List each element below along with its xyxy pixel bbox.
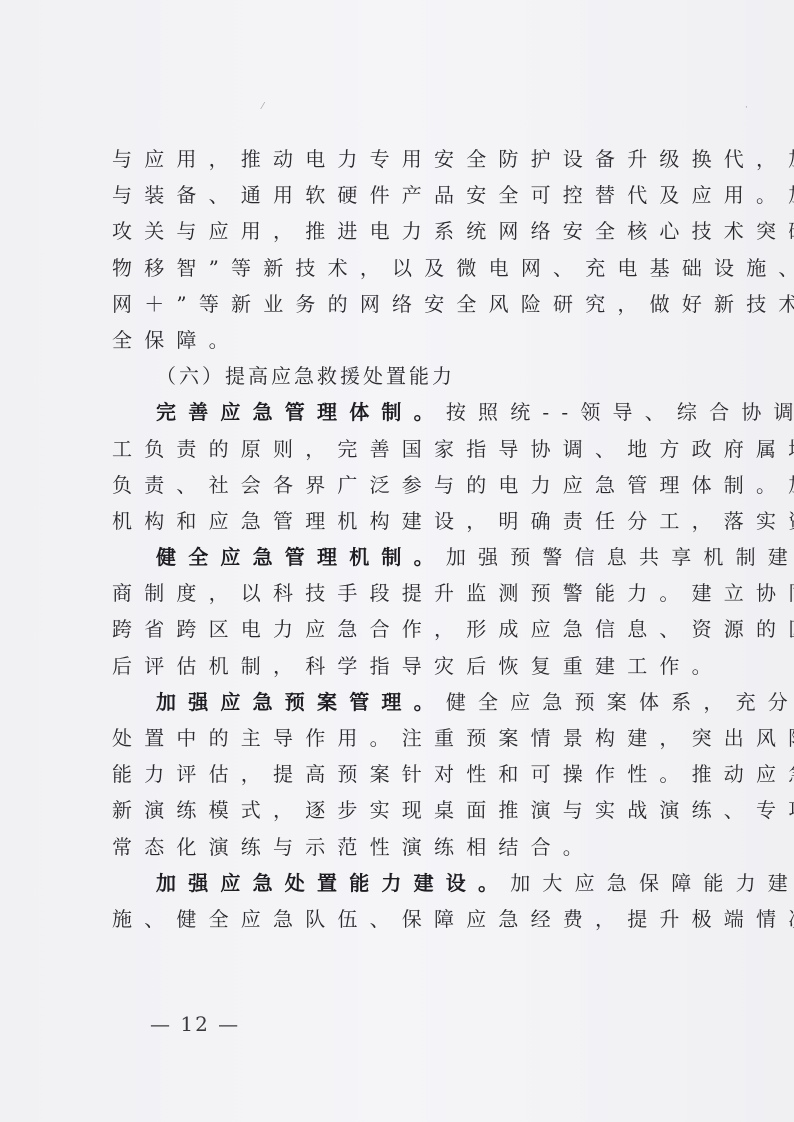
text-line: 施、健全应急队伍、保障应急经费，提升极端情况下应急处置能力。 bbox=[112, 901, 712, 937]
text-line: 按照统--领导、综合协调、属地为主、分 bbox=[446, 400, 794, 424]
paragraph-emergency-mechanism: 健全应急管理机制。加强预警信息共享机制建设，建立应急会 商制度，以科技手段提升监… bbox=[112, 539, 712, 684]
paragraph-contingency-plans: 加强应急预案管理。健全应急预案体系，充分发挥预案在应急 处置中的主导作用。注重预… bbox=[112, 684, 712, 865]
paragraph-emergency-system: 完善应急管理体制。按照统--领导、综合协调、属地为主、分 工负责的原则，完善国家… bbox=[112, 394, 712, 539]
document-body: 与应用，推动电力专用安全防护设备升级换代，加快推进专用系统 与装备、通用软硬件产… bbox=[112, 141, 712, 937]
paragraph-title: 健全应急管理机制。 bbox=[156, 545, 446, 569]
paragraph-title: 加强应急预案管理。 bbox=[156, 690, 446, 714]
scan-speck-mark: · bbox=[745, 105, 751, 111]
text-line: 负责、社会各界广泛参与的电力应急管理体制。加强各级应急指挥 bbox=[112, 467, 712, 503]
text-line: 新演练模式，逐步实现桌面推演与实战演练、专项演练与综合演练、 bbox=[112, 792, 712, 828]
text-line: 健全应急预案体系，充分发挥预案在应急 bbox=[446, 690, 794, 714]
document-page: ⁄ · 与应用，推动电力专用安全防护设备升级换代，加快推进专用系统 与装备、通用… bbox=[0, 0, 794, 1122]
text-line: 商制度，以科技手段提升监测预警能力。建立协同联动机制，开展 bbox=[112, 575, 712, 611]
text-line: 工负责的原则，完善国家指导协调、地方政府属地指挥、企业具体 bbox=[112, 431, 712, 467]
text-line: 攻关与应用，推进电力系统网络安全核心技术突破。加强对“大云 bbox=[112, 213, 712, 249]
text-line: 常态化演练与示范性演练相结合。 bbox=[112, 829, 712, 865]
scan-speck-mark: ⁄ bbox=[262, 104, 268, 110]
text-line: 跨省跨区电力应急合作，形成应急信息、资源的区域共享。完善灾 bbox=[112, 611, 712, 647]
text-line: 加强预警信息共享机制建设，建立应急会 bbox=[446, 545, 794, 569]
text-line: 加大应急保障能力建设，完善应急设 bbox=[510, 871, 794, 895]
text-line: 网＋”等新业务的网络安全风险研究，做好新技术、新业务网络安 bbox=[112, 286, 712, 322]
text-line: 与应用，推动电力专用安全防护设备升级换代，加快推进专用系统 bbox=[112, 141, 712, 177]
page-number: — 12 — bbox=[150, 1012, 240, 1036]
section-heading: （六）提高应急救援处置能力 bbox=[112, 358, 712, 394]
text-line: 后评估机制，科学指导灾后恢复重建工作。 bbox=[112, 648, 712, 684]
text-line: 全保障。 bbox=[112, 322, 712, 358]
text-line: 能力评估，提高预案针对性和可操作性。推动应急演练常态化，创 bbox=[112, 756, 712, 792]
paragraph-title: 加强应急处置能力建设。 bbox=[156, 871, 510, 895]
text-line: 机构和应急管理机构建设，明确责任分工，落实资金与装备保障。 bbox=[112, 503, 712, 539]
text-line: 物移智”等新技术，以及微电网、充电基础设施、车联网、“互联 bbox=[112, 250, 712, 286]
paragraph-response-capability: 加强应急处置能力建设。加大应急保障能力建设，完善应急设 施、健全应急队伍、保障应… bbox=[112, 865, 712, 937]
text-line: 与装备、通用软硬件产品安全可控替代及应用。加速推进核心技术 bbox=[112, 177, 712, 213]
paragraph-title: 完善应急管理体制。 bbox=[156, 400, 446, 424]
text-line: 处置中的主导作用。注重预案情景构建，突出风险分析和应急资源 bbox=[112, 720, 712, 756]
intro-paragraph: 与应用，推动电力专用安全防护设备升级换代，加快推进专用系统 与装备、通用软硬件产… bbox=[112, 141, 712, 358]
